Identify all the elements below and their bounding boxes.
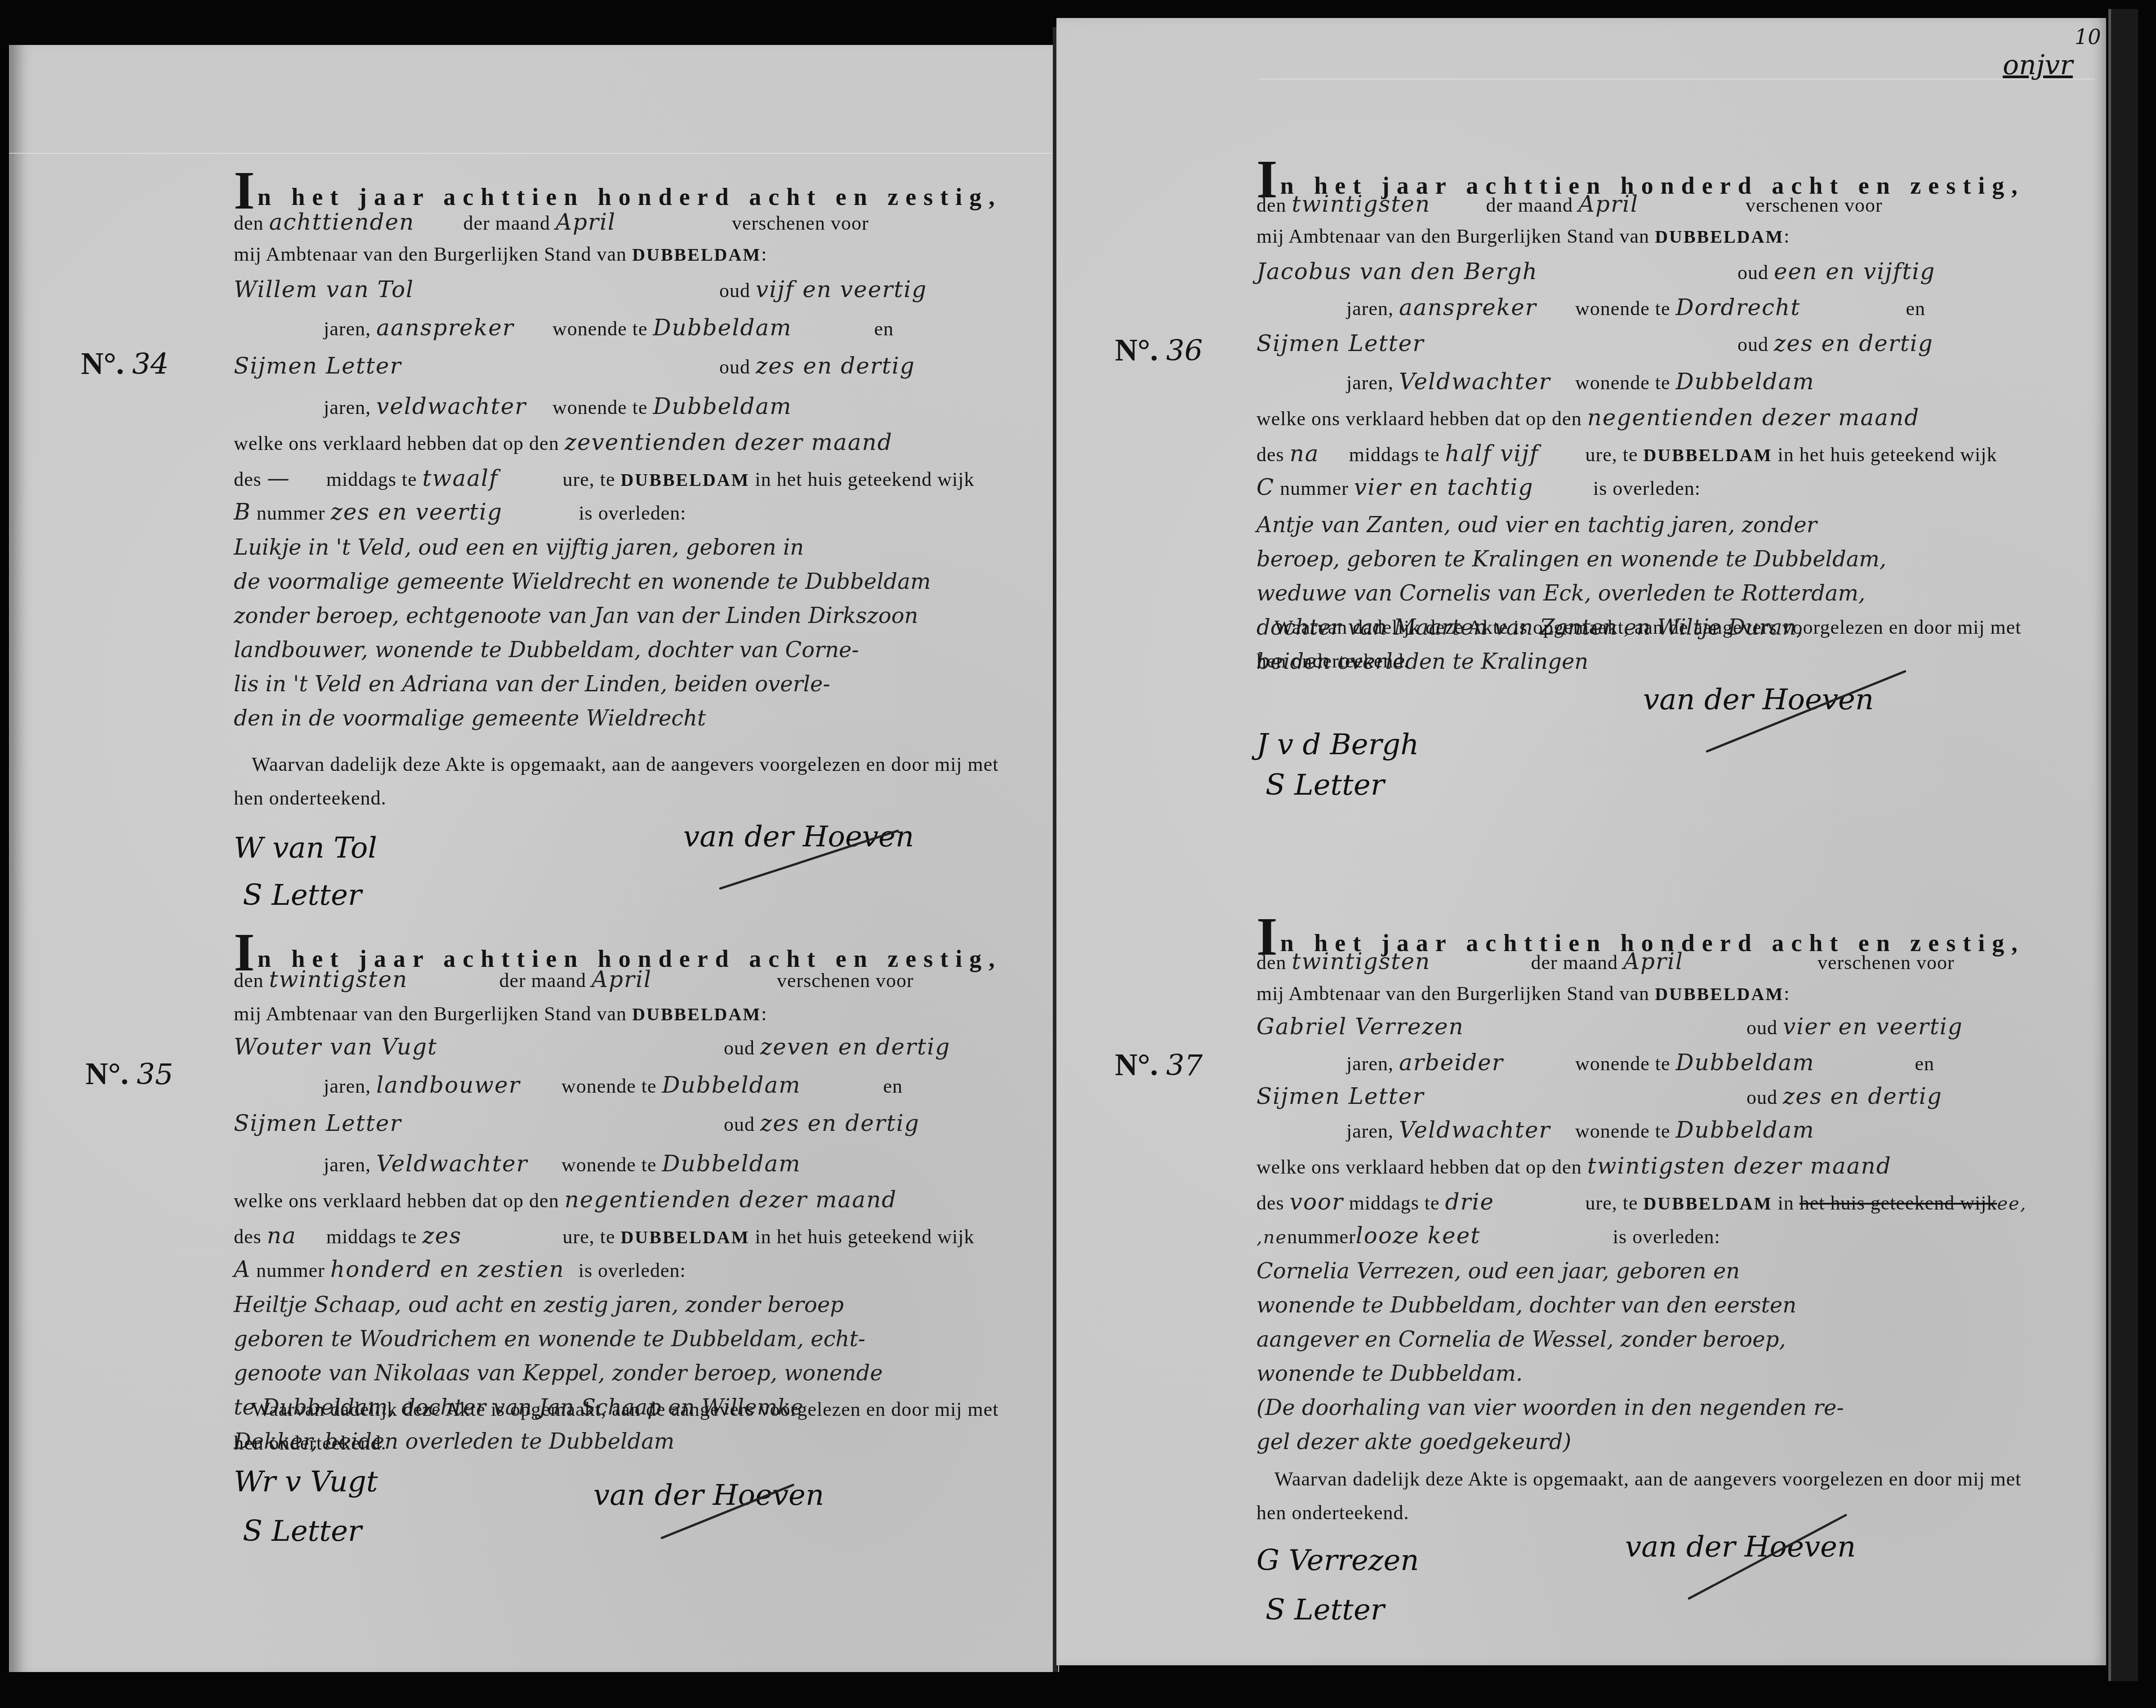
label-oud: oud bbox=[1737, 334, 1768, 356]
declarant2-age: zes en dertig bbox=[756, 353, 915, 379]
record-number-34: N°.34 bbox=[81, 346, 169, 382]
label-jaren: jaren, bbox=[1346, 298, 1394, 320]
label-nummer: nummer bbox=[257, 502, 325, 524]
closing-statement: Waarvan dadelijk deze Akte is opgemaakt,… bbox=[252, 1398, 999, 1421]
declarant2-details: jaren, veldwachter wonende te Dubbeldam bbox=[324, 393, 792, 419]
daypart: na bbox=[1290, 440, 1344, 467]
handwritten-day: twintigsten bbox=[1292, 191, 1481, 217]
label-jaren: jaren, bbox=[1346, 1120, 1394, 1142]
struck-text: het huis geteekend wijk bbox=[1800, 1192, 1997, 1214]
label-overleden: is overleden: bbox=[579, 1259, 686, 1281]
label-oud: oud bbox=[1746, 1086, 1777, 1108]
closing-statement: Waarvan dadelijk deze Akte is opgemaakt,… bbox=[1274, 616, 2022, 639]
declarant1-age: een en vijftig bbox=[1774, 258, 1935, 285]
label-verschenen: verschenen voor bbox=[732, 212, 869, 234]
date-line: den twintigsten der maand April verschen… bbox=[1256, 948, 1955, 974]
declarant2-age: zes en dertig bbox=[1774, 330, 1933, 356]
declarant2-residence: Dubbeldam bbox=[653, 393, 792, 419]
death-date-line: welke ons verklaard hebben dat op den ne… bbox=[1256, 405, 1920, 431]
official-line: mij Ambtenaar van den Burgerlijken Stand… bbox=[1256, 225, 1790, 248]
record-number-value: 34 bbox=[132, 348, 169, 381]
declarant2-residence: Dubbeldam bbox=[662, 1151, 801, 1177]
death-hour: drie bbox=[1445, 1189, 1580, 1215]
description-line: wonende te Dubbeldam. bbox=[1256, 1357, 2093, 1391]
death-date-line: welke ons verklaard hebben dat op den tw… bbox=[1256, 1153, 1892, 1179]
declarant2-line: Sijmen Letteroud zes en dertig bbox=[234, 1110, 920, 1136]
signature-declarant1: Wr v Vugt bbox=[234, 1465, 378, 1499]
signature-official: van der Hoeven bbox=[593, 1479, 824, 1512]
closing-statement: Waarvan dadelijk deze Akte is opgemaakt,… bbox=[1274, 1468, 2022, 1490]
description-line: Luikje in 't Veld, oud een en vijftig ja… bbox=[234, 530, 1070, 565]
signature-declarant2: S Letter bbox=[243, 879, 361, 912]
label-middags: middags te bbox=[1349, 1192, 1440, 1214]
label-den: den bbox=[234, 970, 264, 992]
declarant1-details: jaren, aanspreker wonende te Dordrecht e… bbox=[1346, 294, 1925, 320]
handwritten-month: April bbox=[556, 209, 726, 235]
declarant1-details: jaren, landbouwer wonende te Dubbeldam e… bbox=[324, 1072, 903, 1098]
date-line: den achttienden der maand April verschen… bbox=[234, 209, 869, 235]
declarant1-details: jaren, aanspreker wonende te Dubbeldam e… bbox=[324, 315, 894, 341]
description-line: weduwe van Cornelis van Eck, overleden t… bbox=[1256, 576, 2093, 610]
label-wonende: wonende te bbox=[1575, 1053, 1670, 1075]
declarant2-name: Sijmen Letter bbox=[1256, 1083, 1746, 1109]
label-den: den bbox=[1256, 952, 1287, 974]
description-line: Heiltje Schaap, oud acht en zestig jaren… bbox=[234, 1288, 1070, 1322]
handwritten-month: April bbox=[1623, 948, 1812, 974]
declarant2-residence: Dubbeldam bbox=[1676, 369, 1815, 395]
address-line: ,nenummerlooze keet is overleden: bbox=[1256, 1223, 1720, 1249]
declarant1-details: jaren, arbeider wonende te Dubbeldam en bbox=[1346, 1050, 1934, 1076]
number-label: N°. bbox=[85, 1057, 129, 1091]
label-huis: in het huis geteekend wijk bbox=[755, 468, 974, 490]
label-ambtenaar: mij Ambtenaar van den Burgerlijken Stand… bbox=[234, 243, 627, 265]
record-number-value: 36 bbox=[1166, 334, 1203, 368]
record-number-36: N°.36 bbox=[1115, 333, 1203, 369]
declarant1-residence: Dubbeldam bbox=[662, 1072, 878, 1098]
colon: : bbox=[761, 243, 767, 265]
inserted-text: ee, bbox=[1997, 1193, 2027, 1214]
label-oud: oud bbox=[719, 356, 750, 378]
death-time-line: des — middags te twaalf ure, te DUBBELDA… bbox=[234, 465, 974, 491]
signature-declarant1: G Verrezen bbox=[1256, 1544, 1419, 1577]
colon: : bbox=[1784, 983, 1790, 1005]
municipality: DUBBELDAM bbox=[1643, 445, 1772, 465]
description-line: Antje van Zanten, oud vier en tachtig ja… bbox=[1256, 508, 2093, 542]
number-label: N°. bbox=[81, 347, 124, 381]
official-line: mij Ambtenaar van den Burgerlijken Stand… bbox=[234, 243, 767, 266]
label-verschenen: verschenen voor bbox=[1746, 194, 1883, 216]
declarant2-occupation: veldwachter bbox=[376, 393, 547, 419]
declarant1-age: zeven en dertig bbox=[760, 1034, 950, 1060]
death-date-line: welke ons verklaard hebben dat op den ze… bbox=[234, 429, 893, 455]
approval-note: gel dezer akte goedgekeurd) bbox=[1256, 1425, 2093, 1459]
handwritten-month: April bbox=[1578, 191, 1740, 217]
declarant2-residence: Dubbeldam bbox=[1676, 1117, 1815, 1143]
label-overleden: is overleden: bbox=[1593, 477, 1701, 499]
label-oud: oud bbox=[1746, 1017, 1777, 1039]
declarant1-occupation: aanspreker bbox=[376, 315, 547, 341]
death-hour: half vijf bbox=[1445, 440, 1580, 467]
label-der-maand: der maand bbox=[463, 212, 550, 234]
death-date-line: welke ons verklaard hebben dat op den ne… bbox=[234, 1187, 897, 1213]
label-wonende: wonende te bbox=[552, 318, 648, 340]
handwritten-day: twintigsten bbox=[269, 966, 494, 992]
closing-statement: Waarvan dadelijk deze Akte is opgemaakt,… bbox=[252, 753, 999, 776]
label-wonende: wonende te bbox=[561, 1154, 657, 1176]
scan-line bbox=[1259, 79, 2095, 80]
label-oud: oud bbox=[724, 1037, 755, 1059]
death-hour: zes bbox=[423, 1223, 557, 1249]
book-edge bbox=[2108, 9, 2138, 1681]
daypart: voor bbox=[1290, 1189, 1344, 1215]
death-day: twintigsten dezer maand bbox=[1587, 1153, 1892, 1179]
label-middags: middags te bbox=[1349, 444, 1440, 466]
label-ure: ure, te bbox=[563, 1226, 615, 1248]
label-oud: oud bbox=[724, 1113, 755, 1135]
intro-text: n het jaar achttien honderd acht en zest… bbox=[258, 183, 1002, 210]
description-line: geboren te Woudrichem en wonende te Dubb… bbox=[234, 1322, 1070, 1356]
margin-note: onjvr bbox=[2003, 49, 2073, 81]
address-line: A nummer honderd en zestien is overleden… bbox=[234, 1256, 686, 1282]
label-verschenen: verschenen voor bbox=[777, 970, 914, 992]
declarant1-occupation: aanspreker bbox=[1399, 294, 1570, 320]
record-number-value: 37 bbox=[1166, 1049, 1203, 1082]
municipality: DUBBELDAM bbox=[632, 1004, 761, 1024]
label-en: en bbox=[874, 318, 894, 340]
declarant2-name: Sijmen Letter bbox=[1256, 330, 1737, 356]
municipality: DUBBELDAM bbox=[632, 245, 761, 265]
label-nummer: nummer bbox=[1287, 1226, 1356, 1248]
label-jaren: jaren, bbox=[324, 1075, 371, 1097]
declarant1-name: Willem van Tol bbox=[234, 276, 719, 302]
description-line: landbouwer, wonende te Dubbeldam, dochte… bbox=[234, 633, 1070, 667]
death-time-line: des voor middags te drie ure, te DUBBELD… bbox=[1256, 1189, 2027, 1215]
closing-signed: hen onderteekend. bbox=[1256, 1501, 1409, 1524]
label-wonende: wonende te bbox=[561, 1075, 657, 1097]
label-overleden: is overleden: bbox=[1613, 1226, 1720, 1248]
signature-declarant2: S Letter bbox=[1265, 769, 1384, 802]
label-welke: welke ons verklaard hebben dat op den bbox=[234, 432, 559, 454]
description-line: lis in 't Veld en Adriana van der Linden… bbox=[234, 667, 1070, 701]
label-jaren: jaren, bbox=[324, 396, 371, 418]
label-welke: welke ons verklaard hebben dat op den bbox=[1256, 408, 1582, 430]
handwritten-day: achttienden bbox=[269, 209, 458, 235]
declarant2-details: jaren, Veldwachter wonende te Dubbeldam bbox=[1346, 369, 1815, 395]
death-time-line: des na middags te zes ure, te DUBBELDAM … bbox=[234, 1223, 974, 1249]
label-des: des bbox=[1256, 444, 1284, 466]
declarant2-line: Sijmen Letteroud zes en dertig bbox=[1256, 330, 1933, 356]
label-en: en bbox=[1906, 298, 1926, 320]
label-welke: welke ons verklaard hebben dat op den bbox=[234, 1190, 559, 1212]
label-en: en bbox=[883, 1075, 903, 1097]
declarant2-age: zes en dertig bbox=[1783, 1083, 1942, 1109]
label-ure: ure, te bbox=[1586, 444, 1638, 466]
signature-declarant1: W van Tol bbox=[234, 832, 377, 865]
declarant2-name: Sijmen Letter bbox=[234, 1110, 724, 1136]
municipality: DUBBELDAM bbox=[1643, 1193, 1772, 1214]
label-nummer: nummer bbox=[1280, 477, 1349, 499]
municipality: DUBBELDAM bbox=[620, 1227, 749, 1247]
approval-note: (De doorhaling van vier woorden in den n… bbox=[1256, 1391, 2093, 1425]
label-wonende: wonende te bbox=[1575, 298, 1670, 320]
declarant1-line: Wouter van Vugtoud zeven en dertig bbox=[234, 1034, 950, 1060]
signature-declarant2: S Letter bbox=[1265, 1593, 1384, 1627]
label-des: des bbox=[234, 468, 262, 490]
municipality: DUBBELDAM bbox=[1655, 984, 1784, 1004]
closing-signed: hen onderteekend. bbox=[234, 1432, 387, 1454]
declarant1-name: Gabriel Verrezen bbox=[1256, 1014, 1746, 1040]
label-des: des bbox=[234, 1226, 262, 1248]
declarant1-residence: Dordrecht bbox=[1676, 294, 1901, 320]
record-number-value: 35 bbox=[137, 1058, 173, 1091]
declarant1-age: vijf en veertig bbox=[756, 276, 927, 302]
official-line: mij Ambtenaar van den Burgerlijken Stand… bbox=[234, 1002, 767, 1025]
label-nummer: nummer bbox=[256, 1259, 325, 1281]
label-en: en bbox=[1915, 1053, 1935, 1075]
wijk-letter: B bbox=[234, 499, 251, 525]
official-line: mij Ambtenaar van den Burgerlijken Stand… bbox=[1256, 982, 1790, 1005]
description-line: beroep, geboren te Kralingen en wonende … bbox=[1256, 542, 2093, 576]
record-number-37: N°.37 bbox=[1115, 1047, 1203, 1083]
declarant2-occupation: Veldwachter bbox=[1399, 1117, 1570, 1143]
inserted-text: ,ne bbox=[1256, 1227, 1287, 1248]
deceased-description: Cornelia Verrezen, oud een jaar, geboren… bbox=[1256, 1254, 2093, 1459]
description-line: zonder beroep, echtgenoote van Jan van d… bbox=[234, 599, 1070, 633]
declarant1-line: Gabriel Verrezenoud vier en veertig bbox=[1256, 1014, 1963, 1040]
label-ure: ure, te bbox=[563, 468, 615, 490]
label-wonende: wonende te bbox=[1575, 1120, 1670, 1142]
house-number: looze keet bbox=[1356, 1223, 1608, 1249]
description-line: den in de voormalige gemeente Wieldrecht bbox=[234, 701, 1070, 735]
declarant2-line: Sijmen Letteroud zes en dertig bbox=[1256, 1083, 1942, 1109]
death-hour: twaalf bbox=[423, 465, 557, 491]
declarant1-residence: Dubbeldam bbox=[1676, 1050, 1910, 1076]
label-verschenen: verschenen voor bbox=[1817, 952, 1955, 974]
signature-official: van der Hoeven bbox=[1625, 1530, 1856, 1564]
municipality: DUBBELDAM bbox=[620, 470, 749, 490]
declarant2-line: Sijmen Letteroud zes en dertig bbox=[234, 353, 915, 379]
signature-official: van der Hoeven bbox=[1643, 683, 1874, 716]
label-des: des bbox=[1256, 1192, 1284, 1214]
description-line: aangever en Cornelia de Wessel, zonder b… bbox=[1256, 1322, 2093, 1357]
label-overleden: is overleden: bbox=[579, 502, 686, 524]
wijk-letter: C bbox=[1256, 474, 1274, 500]
description-line: de voormalige gemeente Wieldrecht en won… bbox=[234, 565, 1070, 599]
label-der-maand: der maand bbox=[1531, 952, 1618, 974]
house-number: vier en tachtig bbox=[1354, 474, 1588, 500]
declarant1-name: Jacobus van den Bergh bbox=[1256, 258, 1737, 285]
folio-number: 10 bbox=[2075, 25, 2101, 49]
handwritten-day: twintigsten bbox=[1292, 948, 1526, 974]
colon: : bbox=[1784, 225, 1790, 247]
label-huis: in het huis geteekend wijk bbox=[1777, 444, 1997, 466]
house-number: zes en veertig bbox=[330, 499, 573, 525]
label-oud: oud bbox=[1737, 262, 1768, 284]
record-number-35: N°.35 bbox=[85, 1056, 173, 1092]
label-den: den bbox=[1256, 194, 1287, 216]
colon: : bbox=[761, 1003, 767, 1025]
declarant1-line: Willem van Toloud vijf en veertig bbox=[234, 276, 927, 302]
number-label: N°. bbox=[1115, 1048, 1158, 1082]
number-label: N°. bbox=[1115, 333, 1158, 368]
label-oud: oud bbox=[719, 280, 750, 302]
address-line: B nummer zes en veertig is overleden: bbox=[234, 499, 686, 525]
label-jaren: jaren, bbox=[1346, 1053, 1394, 1075]
scan-line bbox=[9, 153, 1052, 154]
declarant1-line: Jacobus van den Berghoud een en vijftig bbox=[1256, 258, 1935, 285]
wijk-letter: A bbox=[234, 1256, 251, 1282]
description-line: wonende te Dubbeldam, dochter van den ee… bbox=[1256, 1288, 2093, 1322]
description-line: genoote van Nikolaas van Keppel, zonder … bbox=[234, 1356, 1070, 1390]
label-der-maand: der maand bbox=[1486, 194, 1573, 216]
declarant2-details: jaren, Veldwachter wonende te Dubbeldam bbox=[1346, 1117, 1815, 1143]
address-line: C nummer vier en tachtig is overleden: bbox=[1256, 474, 1701, 500]
label-middags: middags te bbox=[326, 1226, 417, 1248]
date-line: den twintigsten der maand April verschen… bbox=[1256, 191, 1883, 217]
label-den: den bbox=[234, 212, 264, 234]
closing-signed: hen onderteekend. bbox=[1256, 649, 1409, 672]
declarant1-residence: Dubbeldam bbox=[653, 315, 869, 341]
declarant1-occupation: landbouwer bbox=[376, 1072, 556, 1098]
declarant2-age: zes en dertig bbox=[760, 1110, 920, 1136]
declarant2-occupation: Veldwachter bbox=[1399, 369, 1570, 395]
label-middags: middags te bbox=[326, 468, 417, 490]
label-wonende: wonende te bbox=[1575, 372, 1670, 394]
label-ure: ure, te bbox=[1586, 1192, 1638, 1214]
daypart: na bbox=[267, 1223, 321, 1249]
daypart: — bbox=[267, 465, 321, 491]
declarant2-details: jaren, Veldwachter wonende te Dubbeldam bbox=[324, 1151, 801, 1177]
deceased-description: Luikje in 't Veld, oud een en vijftig ja… bbox=[234, 530, 1070, 735]
declarant1-age: vier en veertig bbox=[1783, 1014, 1963, 1040]
label-jaren: jaren, bbox=[324, 1154, 371, 1176]
declarant2-name: Sijmen Letter bbox=[234, 353, 719, 379]
label-wonende: wonende te bbox=[552, 396, 648, 418]
municipality: DUBBELDAM bbox=[1655, 227, 1784, 247]
death-time-line: des na middags te half vijf ure, te DUBB… bbox=[1256, 440, 1997, 467]
label-der-maand: der maand bbox=[499, 970, 586, 992]
signature-declarant2: S Letter bbox=[243, 1515, 361, 1548]
description-line: Cornelia Verrezen, oud een jaar, geboren… bbox=[1256, 1254, 2093, 1288]
declarant2-occupation: Veldwachter bbox=[376, 1151, 556, 1177]
declarant1-name: Wouter van Vugt bbox=[234, 1034, 724, 1060]
label-huis: in het huis geteekend wijk bbox=[755, 1226, 974, 1248]
signature-declarant1: J v d Bergh bbox=[1256, 728, 1419, 761]
label-ambtenaar: mij Ambtenaar van den Burgerlijken Stand… bbox=[1256, 983, 1649, 1005]
death-day: negentienden dezer maand bbox=[1587, 405, 1920, 431]
date-line: den twintigsten der maand April verschen… bbox=[234, 966, 914, 992]
label-in: in bbox=[1777, 1192, 1794, 1214]
death-day: negentienden dezer maand bbox=[565, 1187, 897, 1213]
label-jaren: jaren, bbox=[1346, 372, 1394, 394]
house-number: honderd en zestien bbox=[330, 1256, 573, 1282]
handwritten-month: April bbox=[592, 966, 771, 992]
label-ambtenaar: mij Ambtenaar van den Burgerlijken Stand… bbox=[234, 1003, 627, 1025]
declarant1-occupation: arbeider bbox=[1399, 1050, 1570, 1076]
label-ambtenaar: mij Ambtenaar van den Burgerlijken Stand… bbox=[1256, 225, 1649, 247]
label-jaren: jaren, bbox=[324, 318, 371, 340]
label-welke: welke ons verklaard hebben dat op den bbox=[1256, 1156, 1582, 1178]
closing-signed: hen onderteekend. bbox=[234, 787, 387, 810]
death-day: zeventienden dezer maand bbox=[565, 429, 893, 455]
